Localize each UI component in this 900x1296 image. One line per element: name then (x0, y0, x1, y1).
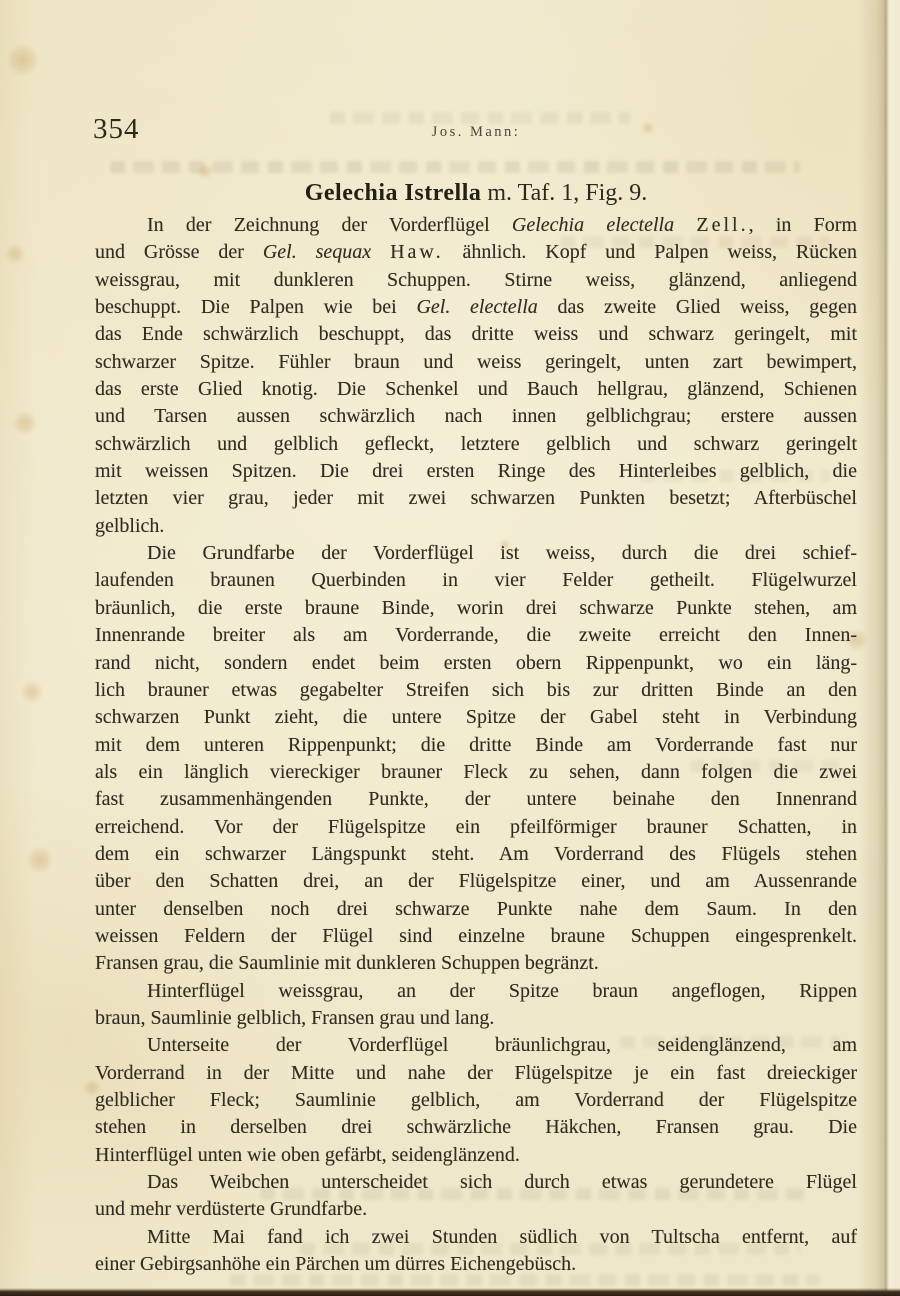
text-line: letzten vier grau, jeder mit zwei schwar… (95, 485, 857, 512)
title-suffix: m. Taf. 1, Fig. 9. (481, 180, 647, 206)
text-line: stehen in derselben drei schwärzliche Hä… (95, 1114, 857, 1141)
text-line: schwarzer Spitze. Fühler braun und weiss… (95, 349, 857, 376)
text-line: das Ende schwärzlich beschuppt, das drit… (95, 321, 857, 348)
article-body: In der Zeichnung der Vorderflügel Gelech… (95, 212, 857, 1278)
running-header: Jos. Mann: (95, 124, 857, 141)
text-line: Hinterflügel unten wie oben gefärbt, sei… (95, 1142, 857, 1169)
foxing-spot (198, 164, 212, 178)
text-line: Fransen grau, die Saumlinie mit dunklere… (95, 950, 857, 977)
foxing-spot (8, 45, 38, 75)
species-name: Gelechia Istrella (305, 180, 482, 206)
bleed-through-artifact (110, 161, 800, 173)
text-line: mit weissen Spitzen. Die drei ersten Rin… (95, 458, 857, 485)
text-line: erreichend. Vor der Flügelspitze ein pfe… (95, 814, 857, 841)
text-line: gelblicher Fleck; Saumlinie gelblich, am… (95, 1087, 857, 1114)
text-line: Das Weibchen unterscheidet sich durch et… (95, 1169, 857, 1196)
text-line: und Tarsen aussen schwärzlich nach innen… (95, 403, 857, 430)
text-line: das erste Glied knotig. Die Schenkel und… (95, 376, 857, 403)
text-line: Mitte Mai fand ich zwei Stunden südlich … (95, 1224, 857, 1251)
text-line: beschuppt. Die Palpen wie bei Gel. elect… (95, 294, 857, 321)
text-line: gelblich. (95, 513, 857, 540)
text-line: fast zusammenhängenden Punkte, der unter… (95, 786, 857, 813)
scanned-book-page: { "page": { "number": "354", "running_he… (0, 0, 900, 1296)
bleed-through-artifact (330, 112, 630, 124)
text-line: rand nicht, sondern endet beim ersten ob… (95, 650, 857, 677)
text-line: schwarzen Punkt zieht, die untere Spitze… (95, 704, 857, 731)
foxing-spot (14, 412, 36, 434)
text-line: Unterseite der Vorderflügel bräunlichgra… (95, 1032, 857, 1059)
text-line: In der Zeichnung der Vorderflügel Gelech… (95, 212, 857, 239)
text-line: bräunlich, die erste braune Binde, worin… (95, 595, 857, 622)
foxing-spot (6, 245, 24, 263)
text-line: und Grösse der Gel. sequax Haw. ähnlich.… (95, 239, 857, 266)
page-edge-bottom (0, 1288, 900, 1296)
text-line: weissgrau, mit dunkleren Schuppen. Stirn… (95, 267, 857, 294)
text-line: über den Schatten drei, an der Flügelspi… (95, 868, 857, 895)
text-line: unter denselben noch drei schwarze Punkt… (95, 896, 857, 923)
text-line: als ein länglich viereckiger brauner Fle… (95, 759, 857, 786)
text-line: mit dem unteren Rippenpunkt; die dritte … (95, 732, 857, 759)
text-line: braun, Saumlinie gelblich, Fransen grau … (95, 1005, 857, 1032)
text-line: Hinterflügel weissgrau, an der Spitze br… (95, 978, 857, 1005)
text-line: weissen Feldern der Flügel sind einzelne… (95, 923, 857, 950)
foxing-spot (22, 682, 42, 702)
text-line: lich brauner etwas gegabelter Streifen s… (95, 677, 857, 704)
text-line: einer Gebirgsanhöhe ein Pärchen um dürre… (95, 1251, 857, 1278)
text-line: laufenden braunen Querbinden in vier Fel… (95, 567, 857, 594)
text-line: und mehr verdüsterte Grundfarbe. (95, 1196, 857, 1223)
text-line: Die Grundfarbe der Vorderflügel ist weis… (95, 540, 857, 567)
text-line: Vorderrand in der Mitte und nahe der Flü… (95, 1060, 857, 1087)
foxing-spot (28, 848, 52, 872)
text-line: schwärzlich und gelblich gefleckt, letzt… (95, 431, 857, 458)
text-line: Innenrande breiter als am Vorderrande, d… (95, 622, 857, 649)
page-edge-right (858, 0, 900, 1296)
article-title: Gelechia Istrella m. Taf. 1, Fig. 9. (95, 178, 857, 208)
text-line: dem ein schwarzer Längspunkt steht. Am V… (95, 841, 857, 868)
